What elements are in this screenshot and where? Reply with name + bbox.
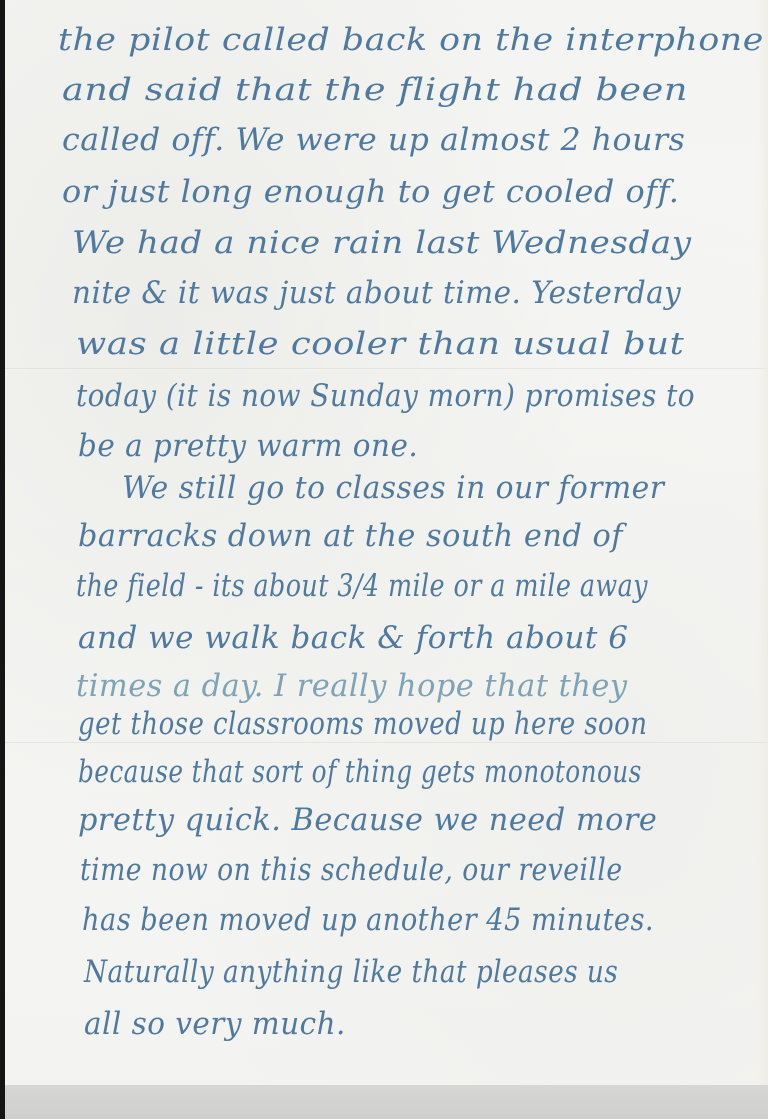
paper-fold-crease <box>5 368 768 370</box>
paper-fold-crease <box>5 742 768 744</box>
letter-line: time now on this schedule, our reveille <box>80 852 623 888</box>
letter-line: or just long enough to get cooled off. <box>62 174 679 210</box>
letter-line: and said that the flight had been <box>62 72 688 108</box>
letter-line: called off. We were up almost 2 hours <box>62 122 685 158</box>
letter-line: pretty quick. Because we need more <box>78 802 657 838</box>
letter-line: get those classrooms moved up here soon <box>78 706 647 742</box>
letter-line: be a pretty warm one. <box>78 428 418 464</box>
letter-line: the pilot called back on the interphone <box>58 22 764 58</box>
letter-line: all so very much. <box>84 1006 346 1042</box>
letter-line: barracks down at the south end of <box>78 518 623 554</box>
letter-line: and we walk back & forth about 6 <box>78 620 628 656</box>
scan-bottom-margin <box>5 1085 768 1119</box>
letter-line: times a day. I really hope that they <box>76 668 628 704</box>
letter-line: Naturally anything like that pleases us <box>84 954 618 990</box>
letter-line: was a little cooler than usual but <box>76 326 684 362</box>
letter-line: We had a nice rain last Wednesday <box>72 225 692 261</box>
letter-line: today (it is now Sunday morn) promises t… <box>76 378 695 414</box>
paper-edge-shadow <box>758 0 768 1085</box>
letter-line: because that sort of thing gets monotono… <box>78 754 642 790</box>
letter-line: has been moved up another 45 minutes. <box>82 902 654 938</box>
letter-line: the field - its about 3/4 mile or a mile… <box>76 568 648 604</box>
letter-line: We still go to classes in our former <box>122 470 664 506</box>
letter-line: nite & it was just about time. Yesterday <box>72 275 681 311</box>
